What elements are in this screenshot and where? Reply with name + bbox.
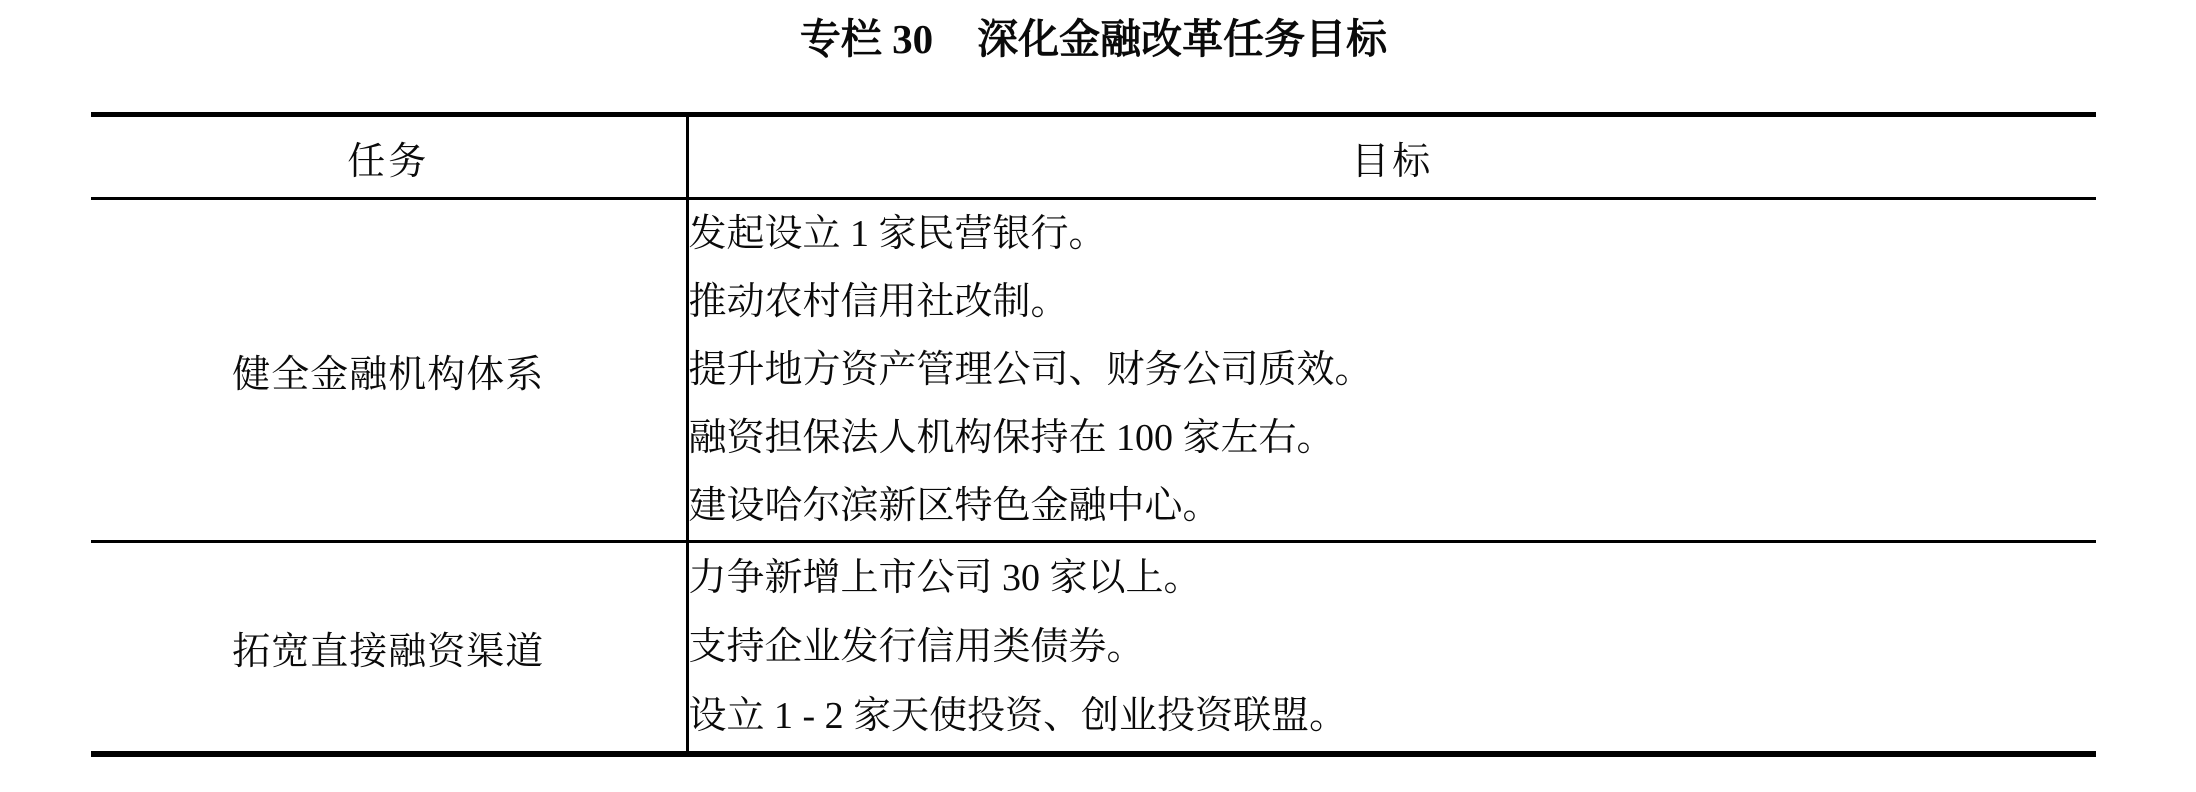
header-objective: 目标 (687, 115, 2096, 199)
table-row: 健全金融机构体系 发起设立 1 家民营银行。 推动农村信用社改制。 提升地方资产… (91, 199, 2096, 542)
objective-line: 力争新增上市公司 30 家以上。 (689, 544, 2097, 613)
objective-line: 推动农村信用社改制。 (689, 268, 2097, 336)
task-cell: 健全金融机构体系 (91, 199, 687, 542)
objective-line: 发起设立 1 家民营银行。 (689, 200, 2097, 268)
table-caption: 专栏 30深化金融改革任务目标 (91, 14, 2096, 64)
objectives-cell: 发起设立 1 家民营银行。 推动农村信用社改制。 提升地方资产管理公司、财务公司… (687, 199, 2096, 542)
objective-line: 提升地方资产管理公司、财务公司质效。 (689, 336, 2097, 404)
objective-line: 融资担保法人机构保持在 100 家左右。 (689, 404, 2097, 472)
header-task: 任务 (91, 115, 687, 199)
objective-line: 支持企业发行信用类债券。 (689, 613, 2097, 682)
objective-line: 设立 1 - 2 家天使投资、创业投资联盟。 (689, 682, 2097, 751)
table-row: 拓宽直接融资渠道 力争新增上市公司 30 家以上。 支持企业发行信用类债券。 设… (91, 542, 2096, 755)
caption-text: 深化金融改革任务目标 (977, 16, 1387, 62)
table-header-row: 任务 目标 (91, 115, 2096, 199)
objective-line: 建设哈尔滨新区特色金融中心。 (689, 472, 2097, 540)
objectives-cell: 力争新增上市公司 30 家以上。 支持企业发行信用类债券。 设立 1 - 2 家… (687, 542, 2096, 755)
caption-label: 专栏 30 (800, 16, 933, 62)
document-page: 专栏 30深化金融改革任务目标 任务 目标 健全金融机构体系 发起设立 1 家民… (0, 0, 2196, 792)
task-cell: 拓宽直接融资渠道 (91, 542, 687, 755)
task-objective-table: 任务 目标 健全金融机构体系 发起设立 1 家民营银行。 推动农村信用社改制。 … (91, 112, 2096, 757)
